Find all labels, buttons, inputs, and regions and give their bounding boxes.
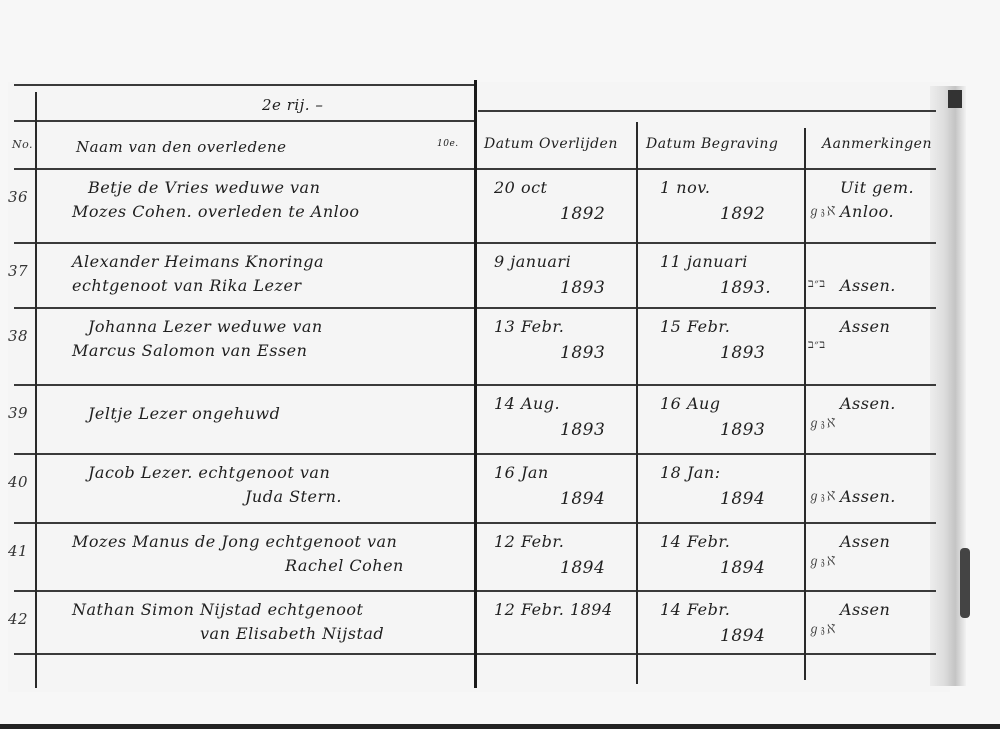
hebrew-abbreviation-mark: ℊ𝔷ℵ <box>808 202 838 219</box>
entry-number: 37 <box>8 262 28 280</box>
entry-number: 41 <box>8 542 28 560</box>
column-header-remarks: Aanmerkingen <box>822 136 932 152</box>
deceased-name-continued: Mozes Cohen. overleden te Anloo <box>72 202 360 221</box>
date-of-burial: 16 Aug <box>660 394 721 413</box>
column-header-date-of-death: Datum Overlijden <box>484 136 618 152</box>
year-of-burial: 1893 <box>720 343 765 363</box>
deceased-name: Mozes Manus de Jong echtgenoot van <box>72 532 397 551</box>
column-header-name: Naam van den overledene <box>76 138 287 156</box>
remark: Uit gem. <box>840 178 914 197</box>
deceased-name: Johanna Lezer weduwe van <box>88 317 323 336</box>
column-divider <box>804 128 806 680</box>
column-divider <box>474 80 477 688</box>
remark: Assen. <box>840 394 896 413</box>
column-header-number: No. <box>12 138 33 151</box>
date-of-death: 20 oct <box>494 178 547 197</box>
hebrew-abbreviation-mark: ℊ𝔷ℵ <box>808 552 838 569</box>
hebrew-abbreviation-mark: ℊ𝔷ℵ <box>808 414 838 431</box>
entry-number: 36 <box>8 188 28 206</box>
date-of-burial: 1 nov. <box>660 178 710 197</box>
entry-number: 38 <box>8 327 28 345</box>
page-binding-shadow <box>948 90 962 108</box>
deceased-name: Jacob Lezer. echtgenoot van <box>88 463 330 482</box>
date-of-death: 12 Febr. 1894 <box>494 600 613 619</box>
date-of-burial: 15 Febr. <box>660 317 730 336</box>
remark: Assen <box>840 532 890 551</box>
deceased-name-continued: Rachel Cohen <box>285 556 404 575</box>
year-of-burial: 1894 <box>720 626 765 646</box>
entry-number: 40 <box>8 473 28 491</box>
remark: Assen <box>840 600 890 619</box>
date-of-death: 14 Aug. <box>494 394 560 413</box>
scan-border <box>0 724 1000 729</box>
date-of-burial: 14 Febr. <box>660 600 730 619</box>
register-subtitle: 2e rij. – <box>262 96 323 114</box>
rule-line <box>14 120 474 122</box>
remark-continued: Anloo. <box>840 202 894 221</box>
date-of-burial: 14 Febr. <box>660 532 730 551</box>
year-of-death: 1894 <box>560 489 605 509</box>
deceased-name-continued: echtgenoot van Rika Lezer <box>72 276 302 295</box>
hebrew-abbreviation-mark: ℊ𝔷ℵ <box>808 620 838 637</box>
deceased-name-continued: Marcus Salomon van Essen <box>72 341 307 360</box>
deceased-name: Jeltje Lezer ongehuwd <box>88 404 280 423</box>
column-header-date-of-burial: Datum Begraving <box>646 136 778 152</box>
hebrew-abbreviation-mark: ℊ𝔷ℵ <box>808 487 838 504</box>
deceased-name-continued: van Elisabeth Nijstad <box>200 624 384 643</box>
deceased-name: Alexander Heimans Knoringa <box>72 252 324 271</box>
date-of-death: 12 Febr. <box>494 532 564 551</box>
entry-number: 42 <box>8 610 28 628</box>
date-of-death: 16 Jan <box>494 463 549 482</box>
year-of-death: 1893 <box>560 420 605 440</box>
date-of-burial: 11 januari <box>660 252 748 271</box>
page-binding-shadow <box>960 548 970 618</box>
remark: Assen <box>840 317 890 336</box>
remark-continued: Assen. <box>840 487 896 506</box>
date-of-death: 9 januari <box>494 252 571 271</box>
year-of-burial: 1894 <box>720 558 765 578</box>
date-of-burial: 18 Jan: <box>660 463 721 482</box>
deceased-name: Betje de Vries weduwe van <box>88 178 320 197</box>
year-of-burial: 1894 <box>720 489 765 509</box>
remark-continued: Assen. <box>840 276 896 295</box>
column-header-name-suffix: 10e. <box>437 139 459 149</box>
rule-line <box>14 84 474 86</box>
year-of-death: 1892 <box>560 204 605 224</box>
year-of-burial: 1893 <box>720 420 765 440</box>
year-of-burial: 1892 <box>720 204 765 224</box>
hebrew-abbreviation-mark: ב״ב <box>808 276 826 291</box>
entry-number: 39 <box>8 404 28 422</box>
column-divider <box>35 92 37 688</box>
rule-line <box>478 110 936 112</box>
date-of-death: 13 Febr. <box>494 317 564 336</box>
deceased-name-continued: Juda Stern. <box>245 487 342 506</box>
year-of-death: 1893 <box>560 343 605 363</box>
year-of-death: 1893 <box>560 278 605 298</box>
year-of-burial: 1893. <box>720 278 771 298</box>
deceased-name: Nathan Simon Nijstad echtgenoot <box>72 600 363 619</box>
year-of-death: 1894 <box>560 558 605 578</box>
hebrew-abbreviation-mark: ב״ב <box>808 337 826 352</box>
column-divider <box>636 122 638 684</box>
